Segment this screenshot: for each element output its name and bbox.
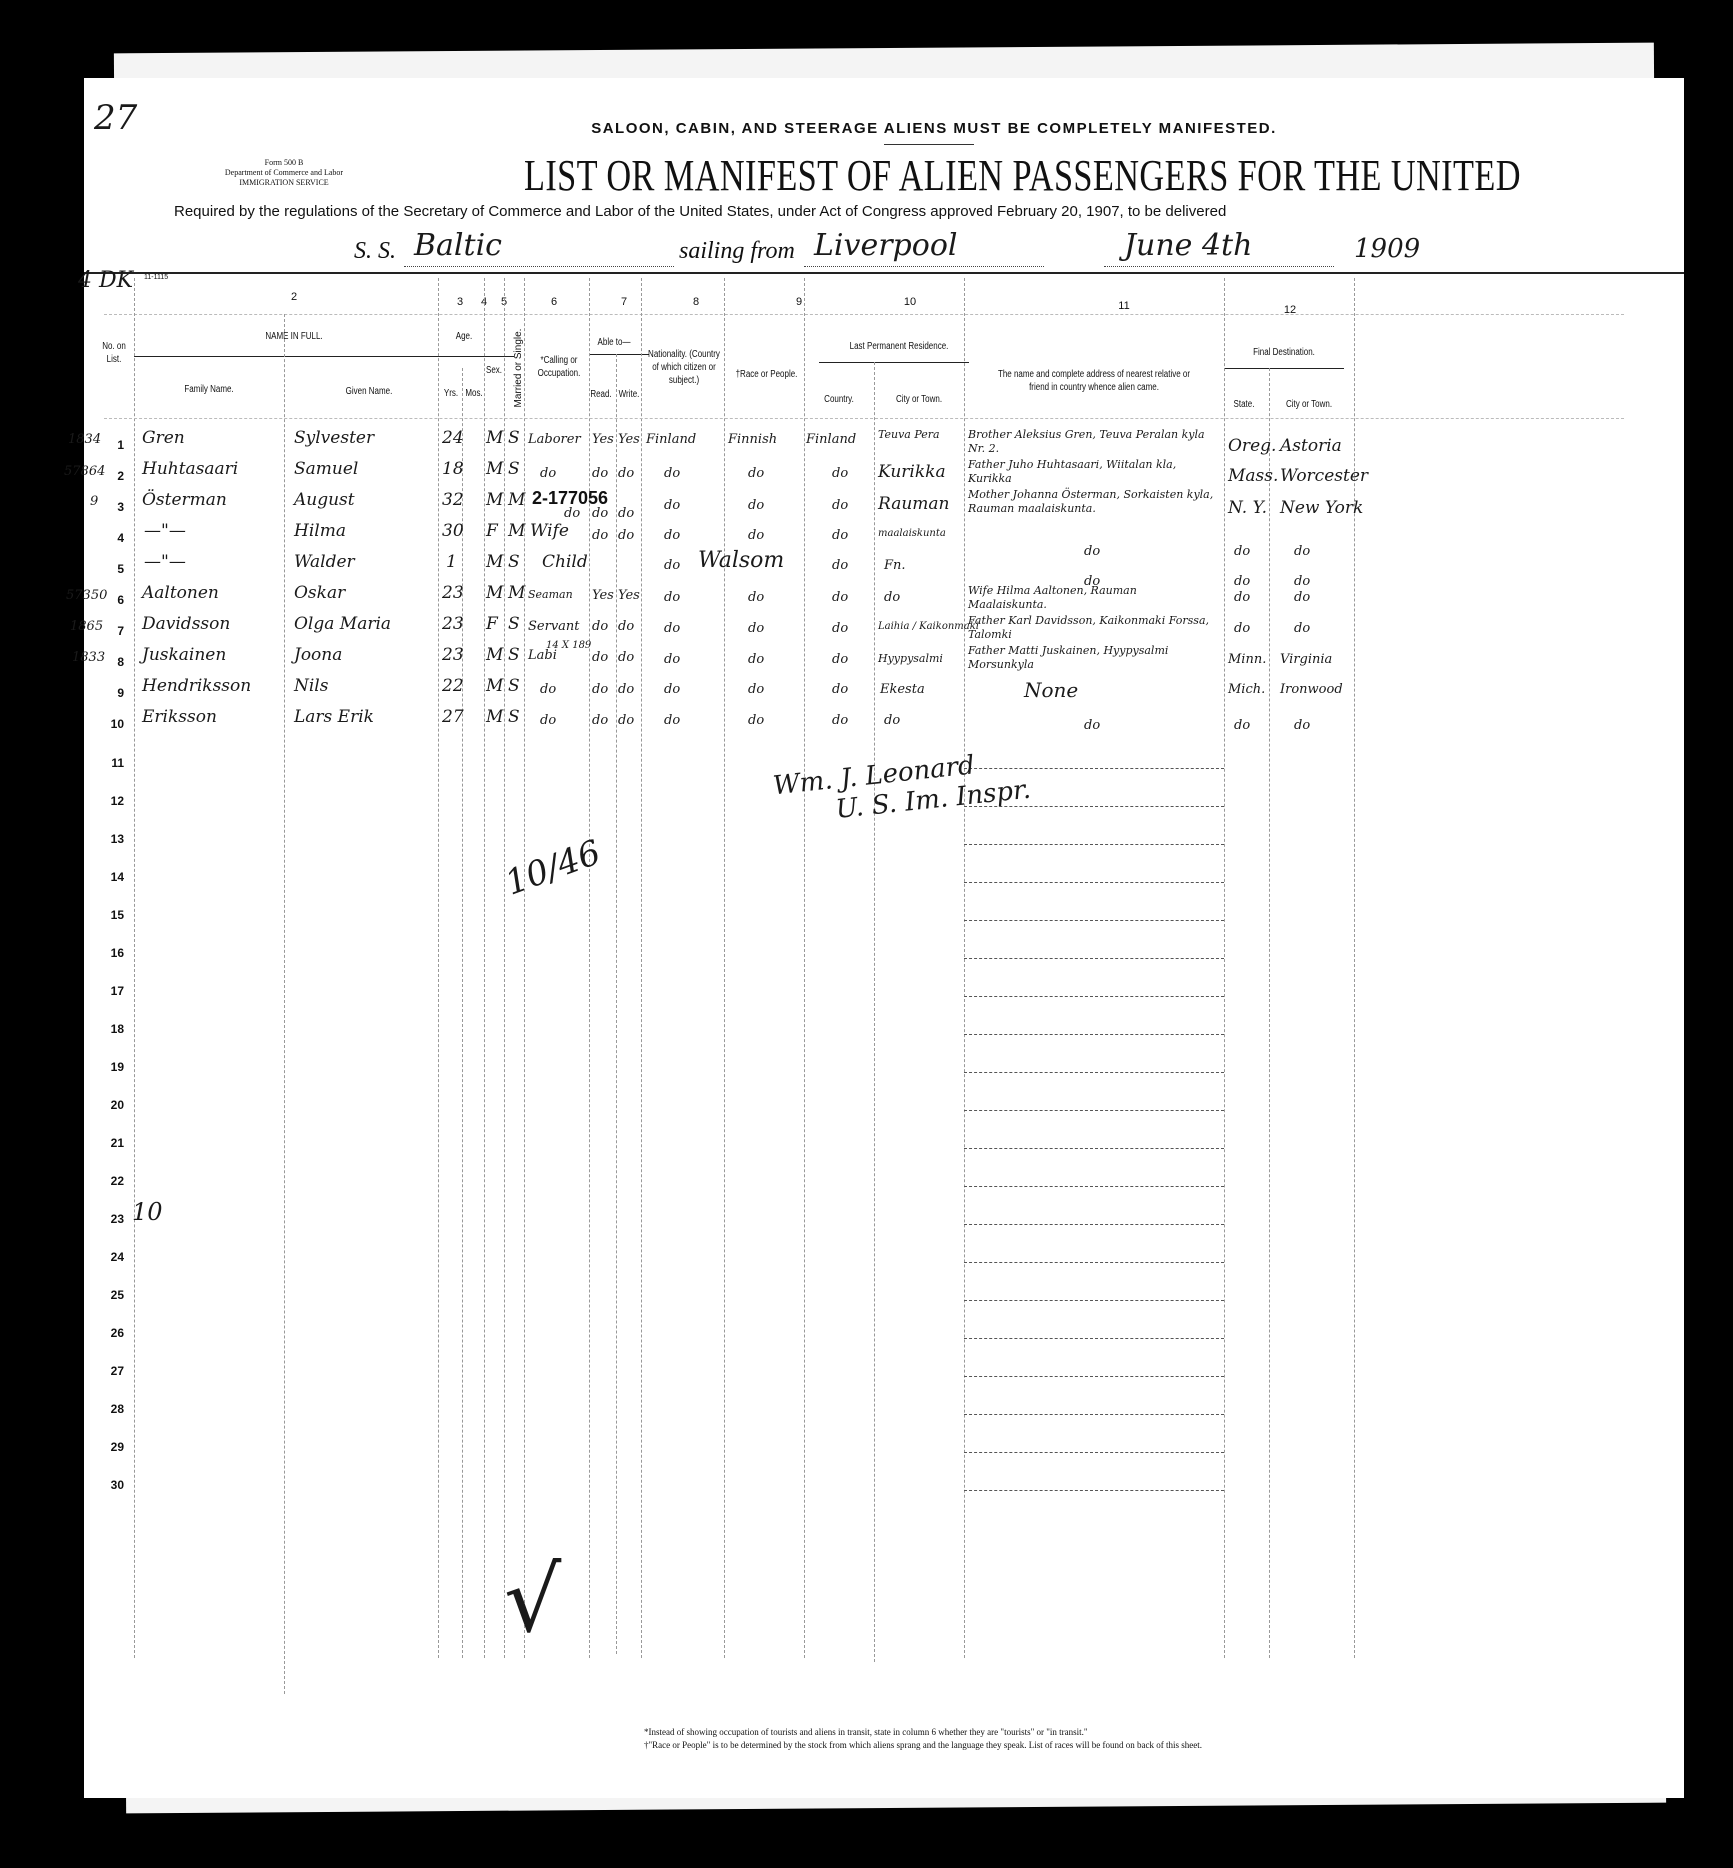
row-number: 3 bbox=[84, 500, 124, 514]
relative-address: Father Juho Huhtasaari, Wiitalan kla, Ku… bbox=[968, 458, 1218, 486]
destination-city: Astoria bbox=[1280, 436, 1342, 456]
race: Walsom bbox=[698, 548, 784, 573]
can-read: Yes bbox=[592, 432, 614, 447]
footnotes: *Instead of showing occupation of touris… bbox=[644, 1726, 1202, 1752]
grid-line bbox=[1269, 368, 1270, 1658]
header-write: Write. bbox=[617, 388, 641, 401]
residence-city: Fn. bbox=[884, 558, 906, 573]
can-write: Yes bbox=[618, 588, 640, 603]
relative-address: Father Karl Davidsson, Kaikonmaki Forssa… bbox=[968, 614, 1218, 642]
footnote-occupation: *Instead of showing occupation of touris… bbox=[644, 1726, 1202, 1739]
sex: F bbox=[486, 521, 498, 541]
residence-country: do bbox=[832, 528, 848, 543]
row-number: 26 bbox=[84, 1326, 124, 1340]
race: do bbox=[748, 528, 764, 543]
race: do bbox=[748, 590, 764, 605]
grid-line bbox=[1224, 278, 1225, 1658]
grid-line bbox=[724, 278, 725, 1658]
marital-status: S bbox=[508, 428, 520, 448]
age: 1 bbox=[446, 552, 457, 572]
destination-state: do bbox=[1234, 544, 1250, 559]
row-number: 15 bbox=[84, 908, 124, 922]
destination-city: do bbox=[1294, 574, 1310, 589]
row-number: 19 bbox=[84, 1060, 124, 1074]
destination-city: do bbox=[1294, 718, 1310, 733]
residence-country: do bbox=[832, 713, 848, 728]
marital-status: S bbox=[508, 707, 520, 727]
destination-state: do bbox=[1234, 718, 1250, 733]
family-name: Davidsson bbox=[142, 614, 230, 634]
row-number: 5 bbox=[84, 562, 124, 576]
residence-country: do bbox=[832, 652, 848, 667]
header-read: Read. bbox=[589, 388, 613, 401]
destination-city: do bbox=[1294, 544, 1310, 559]
row-number: 6 bbox=[84, 593, 124, 607]
header-rule bbox=[84, 272, 1684, 274]
nationality: do bbox=[664, 528, 680, 543]
sex: M bbox=[486, 459, 503, 479]
nationality: do bbox=[664, 652, 680, 667]
residence-country: Finland bbox=[806, 432, 856, 447]
family-name: Aaltonen bbox=[142, 583, 219, 603]
row-number: 29 bbox=[84, 1440, 124, 1454]
marital-status: S bbox=[508, 459, 520, 479]
occupation: do bbox=[564, 506, 580, 521]
sailing-year: 1909 bbox=[1354, 234, 1420, 264]
family-name: Österman bbox=[142, 490, 227, 510]
destination-state: Mass. bbox=[1228, 466, 1278, 486]
header-city-town: City or Town. bbox=[883, 393, 955, 406]
can-read: do bbox=[592, 682, 608, 697]
can-write: do bbox=[618, 682, 634, 697]
race: do bbox=[748, 713, 764, 728]
can-write: do bbox=[618, 466, 634, 481]
relative-address: do bbox=[1084, 718, 1100, 733]
occupation: do bbox=[540, 466, 556, 481]
relative-address: Wife Hilma Aaltonen, Rauman Maalaiskunta… bbox=[968, 584, 1218, 612]
residence-country: do bbox=[832, 621, 848, 636]
grid-line bbox=[589, 278, 590, 1658]
relative-address: None bbox=[1024, 678, 1078, 702]
fraction-mark: 10/46 bbox=[500, 832, 606, 903]
form-identifier: Form 500 B Department of Commerce and La… bbox=[184, 158, 384, 188]
header-state: State. bbox=[1228, 398, 1260, 411]
destination-state: do bbox=[1234, 590, 1250, 605]
marital-status: S bbox=[508, 645, 520, 665]
check-mark-icon: √ bbox=[504, 1548, 561, 1653]
given-name: Hilma bbox=[294, 521, 346, 541]
marital-status: S bbox=[508, 676, 520, 696]
nationality: Finland bbox=[646, 432, 696, 447]
destination-state: Oreg. bbox=[1228, 436, 1276, 456]
destination-city: Virginia bbox=[1280, 652, 1332, 667]
destination-city: Ironwood bbox=[1280, 682, 1343, 697]
can-read: do bbox=[592, 619, 608, 634]
nationality: do bbox=[664, 713, 680, 728]
sailing-date: June 4th bbox=[1124, 228, 1252, 263]
able-to-rule bbox=[589, 354, 649, 355]
form-number: Form 500 B bbox=[184, 158, 384, 168]
banner-text: SALOON, CABIN, AND STEERAGE ALIENS MUST … bbox=[434, 120, 1434, 137]
can-write: do bbox=[618, 619, 634, 634]
row-number: 1 bbox=[84, 438, 124, 452]
race: Finnish bbox=[728, 432, 777, 447]
family-name: Eriksson bbox=[142, 707, 217, 727]
row-number: 18 bbox=[84, 1022, 124, 1036]
nationality: do bbox=[664, 682, 680, 697]
col-number: 3 bbox=[450, 296, 470, 308]
grid-line bbox=[504, 278, 505, 1658]
grid-line bbox=[964, 278, 965, 1658]
required-text: Required by the regulations of the Secre… bbox=[174, 203, 1226, 220]
age: 23 bbox=[442, 583, 464, 603]
destination-state: Minn. bbox=[1228, 652, 1266, 667]
col-number: 8 bbox=[686, 296, 706, 308]
residence-city: do bbox=[884, 713, 900, 728]
marital-status: M bbox=[508, 521, 525, 541]
family-name: —"— bbox=[144, 552, 186, 572]
sex: M bbox=[486, 583, 503, 603]
row-number: 16 bbox=[84, 946, 124, 960]
can-read: do bbox=[592, 506, 608, 521]
grid-line bbox=[524, 278, 525, 1658]
header-mos: Mos. bbox=[464, 387, 483, 400]
given-name: Oskar bbox=[294, 583, 345, 603]
residence-country: do bbox=[832, 558, 848, 573]
header-no-on-list: No. on List. bbox=[98, 340, 130, 366]
row-number: 14 bbox=[84, 870, 124, 884]
residence-rule bbox=[819, 362, 969, 363]
can-read: do bbox=[592, 713, 608, 728]
name-rule bbox=[134, 356, 514, 357]
header-relative: The name and complete address of nearest… bbox=[990, 368, 1198, 394]
family-name: Huhtasaari bbox=[142, 459, 238, 479]
page-title: LIST OR MANIFEST OF ALIEN PASSENGERS FOR… bbox=[524, 150, 1413, 201]
ship-name: Baltic bbox=[414, 228, 502, 263]
age: 27 bbox=[442, 707, 464, 727]
sex: M bbox=[486, 645, 503, 665]
sex: M bbox=[486, 552, 503, 572]
age: 23 bbox=[442, 645, 464, 665]
col-number: 2 bbox=[284, 291, 304, 303]
residence-city: Ekesta bbox=[880, 682, 925, 697]
header-race: †Race or People. bbox=[733, 368, 801, 381]
destination-rule bbox=[1224, 368, 1344, 369]
destination-state: N. Y. bbox=[1228, 498, 1267, 518]
relative-address: Mother Johanna Österman, Sorkaisten kyla… bbox=[968, 488, 1218, 516]
row-number: 9 bbox=[84, 686, 124, 700]
can-read: Yes bbox=[592, 588, 614, 603]
sex: M bbox=[486, 707, 503, 727]
given-name: August bbox=[294, 490, 355, 510]
can-read: do bbox=[592, 466, 608, 481]
family-name: Gren bbox=[142, 428, 185, 448]
sheet-code: 11-1115 bbox=[144, 274, 168, 281]
residence-country: do bbox=[832, 498, 848, 513]
col-number: 7 bbox=[614, 296, 634, 308]
footnote-race: †"Race or People" is to be determined by… bbox=[644, 1739, 1202, 1752]
grid-line bbox=[134, 278, 135, 1658]
header-dest-city: City or Town. bbox=[1281, 398, 1337, 411]
sex: F bbox=[486, 614, 498, 634]
ship-line: S. S. Baltic sailing from Liverpool June… bbox=[164, 230, 1664, 270]
service-name: IMMIGRATION SERVICE bbox=[184, 178, 384, 188]
col-number: 11 bbox=[1114, 300, 1134, 312]
header-family-name: Family Name. bbox=[165, 383, 253, 396]
nationality: do bbox=[664, 621, 680, 636]
race: do bbox=[748, 498, 764, 513]
destination-city: New York bbox=[1280, 498, 1363, 518]
occupation: Child bbox=[542, 552, 588, 572]
can-write: do bbox=[618, 713, 634, 728]
grid-line bbox=[616, 354, 617, 1654]
header-sex: Sex. bbox=[484, 364, 503, 377]
residence-city: Teuva Pera bbox=[878, 428, 940, 441]
nationality: do bbox=[664, 498, 680, 513]
relative-address: Brother Aleksius Gren, Teuva Peralan kyl… bbox=[968, 428, 1218, 456]
grid-line bbox=[284, 314, 285, 1694]
grid-line bbox=[484, 278, 485, 1658]
age: 24 bbox=[442, 428, 464, 448]
row-number: 12 bbox=[84, 794, 124, 808]
residence-city: Rauman bbox=[878, 494, 949, 514]
residence-country: do bbox=[832, 466, 848, 481]
header-yrs: Yrs. bbox=[441, 387, 460, 400]
corner-mark: 27 bbox=[94, 98, 137, 138]
destination-city: do bbox=[1294, 590, 1310, 605]
col-number: 6 bbox=[544, 296, 564, 308]
nationality: do bbox=[664, 558, 680, 573]
race: do bbox=[748, 682, 764, 697]
given-name: Sylvester bbox=[294, 428, 374, 448]
given-name: Olga Maria bbox=[294, 614, 391, 634]
residence-country: do bbox=[832, 682, 848, 697]
family-name: Hendriksson bbox=[142, 676, 251, 696]
port-name: Liverpool bbox=[814, 228, 957, 263]
row-number: 27 bbox=[84, 1364, 124, 1378]
age: 30 bbox=[442, 521, 464, 541]
manifest-sheet: 27 Form 500 B Department of Commerce and… bbox=[84, 78, 1684, 1798]
can-write: do bbox=[618, 528, 634, 543]
header-age: Age. bbox=[444, 330, 484, 343]
header-given-name: Given Name. bbox=[325, 385, 413, 398]
nationality: do bbox=[664, 466, 680, 481]
given-name: Samuel bbox=[294, 459, 358, 479]
occupation: Seaman bbox=[528, 588, 573, 601]
residence-country: do bbox=[832, 590, 848, 605]
header-nationality: Nationality. (Country of which citizen o… bbox=[648, 348, 720, 387]
given-name: Nils bbox=[294, 676, 328, 696]
marital-status: M bbox=[508, 490, 525, 510]
family-name: —"— bbox=[144, 521, 186, 541]
sex: M bbox=[486, 428, 503, 448]
column-number-rule bbox=[104, 314, 1624, 315]
marital-status: M bbox=[508, 583, 525, 603]
col-number: 10 bbox=[900, 296, 920, 308]
occupation: Laborer bbox=[528, 432, 581, 447]
row-number: 28 bbox=[84, 1402, 124, 1416]
destination-city: do bbox=[1294, 621, 1310, 636]
can-write: do bbox=[618, 650, 634, 665]
header-bottom-rule bbox=[104, 418, 1624, 419]
residence-city: maalaiskunta bbox=[878, 528, 946, 539]
row-number: 2 bbox=[84, 469, 124, 483]
page-mark: 4 DK bbox=[78, 268, 133, 293]
row-number: 8 bbox=[84, 655, 124, 669]
header-final-destination: Final Destination. bbox=[1236, 346, 1332, 359]
row-number: 30 bbox=[84, 1478, 124, 1492]
header-country: Country. bbox=[811, 393, 867, 406]
residence-city: Hyypysalmi bbox=[878, 652, 943, 665]
can-read: do bbox=[592, 650, 608, 665]
nationality: do bbox=[664, 590, 680, 605]
header-calling: *Calling or Occupation. bbox=[531, 354, 587, 380]
race: do bbox=[748, 652, 764, 667]
row-number: 4 bbox=[84, 531, 124, 545]
grid-line bbox=[641, 278, 642, 1658]
can-write: Yes bbox=[618, 432, 640, 447]
file-annotation: 14 X 189 bbox=[546, 640, 591, 651]
header-able-to: Able to— bbox=[590, 336, 638, 349]
family-name: Juskainen bbox=[142, 645, 226, 665]
destination-state: Mich. bbox=[1228, 682, 1265, 697]
relative-address: Father Matti Juskainen, Hyypysalmi Morsu… bbox=[968, 644, 1218, 672]
row-25-note: 10 bbox=[132, 1198, 163, 1226]
row-number: 24 bbox=[84, 1250, 124, 1264]
occupation: do bbox=[540, 682, 556, 697]
grid-line bbox=[804, 278, 805, 1658]
header-name-in-full: NAME IN FULL. bbox=[222, 330, 366, 343]
age: 22 bbox=[442, 676, 464, 696]
row-number: 17 bbox=[84, 984, 124, 998]
row-number: 11 bbox=[84, 756, 124, 770]
residence-city: do bbox=[884, 590, 900, 605]
row-number: 23 bbox=[84, 1212, 124, 1226]
can-read: do bbox=[592, 528, 608, 543]
grid-line bbox=[874, 362, 875, 1662]
given-name: Walder bbox=[294, 552, 355, 572]
row-number: 22 bbox=[84, 1174, 124, 1188]
destination-state: do bbox=[1234, 574, 1250, 589]
grid-line bbox=[462, 368, 463, 1658]
date-line bbox=[1104, 266, 1334, 267]
ss-label: S. S. bbox=[354, 238, 396, 265]
given-name: Joona bbox=[294, 645, 342, 665]
race: do bbox=[748, 466, 764, 481]
row-number: 25 bbox=[84, 1288, 124, 1302]
banner-rule bbox=[884, 144, 974, 145]
row-number: 10 bbox=[84, 717, 124, 731]
port-line bbox=[804, 266, 1044, 267]
row-number: 7 bbox=[84, 624, 124, 638]
destination-state: do bbox=[1234, 621, 1250, 636]
ship-name-line bbox=[404, 266, 674, 267]
row-number: 13 bbox=[84, 832, 124, 846]
occupation: Servant bbox=[528, 619, 580, 634]
age: 18 bbox=[442, 459, 464, 479]
row-number: 21 bbox=[84, 1136, 124, 1150]
residence-city: Kurikka bbox=[878, 462, 946, 482]
department-name: Department of Commerce and Labor bbox=[184, 168, 384, 178]
can-write: do bbox=[618, 506, 634, 521]
inspector-signature: Wm. J. Leonard U. S. Im. Inspr. bbox=[772, 745, 1033, 831]
col-number: 9 bbox=[789, 296, 809, 308]
header-last-residence: Last Permanent Residence. bbox=[839, 340, 959, 353]
age: 32 bbox=[442, 490, 464, 510]
sex: M bbox=[486, 490, 503, 510]
row-number: 20 bbox=[84, 1098, 124, 1112]
sailing-label: sailing from bbox=[679, 238, 795, 265]
sex: M bbox=[486, 676, 503, 696]
occupation: do bbox=[540, 713, 556, 728]
given-name: Lars Erik bbox=[294, 707, 374, 727]
race: do bbox=[748, 621, 764, 636]
age: 23 bbox=[442, 614, 464, 634]
marital-status: S bbox=[508, 614, 520, 634]
marital-status: S bbox=[508, 552, 520, 572]
occupation: Wife bbox=[530, 521, 569, 541]
grid-line bbox=[438, 278, 439, 1658]
destination-city: Worcester bbox=[1280, 466, 1368, 486]
residence-city: Laihia / Kaikonmaki bbox=[878, 621, 979, 632]
relative-address: do bbox=[1084, 544, 1100, 559]
